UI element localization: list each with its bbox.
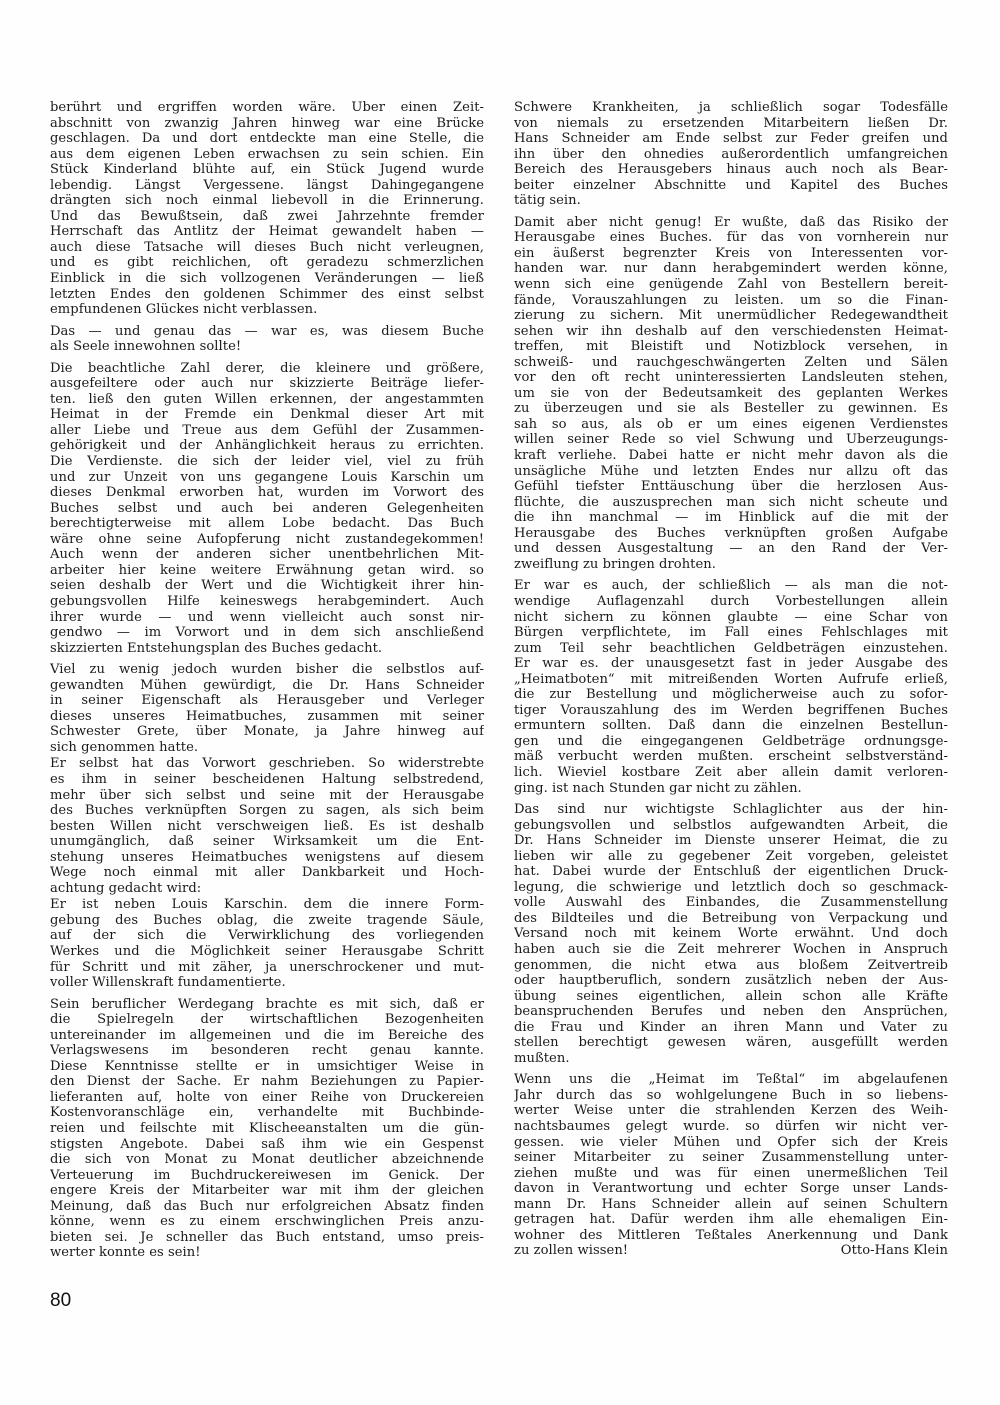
text-line: zierung zu sichern. Mit unermüdlicher Re… <box>514 308 948 324</box>
text-line: seien deshalb der Wert und die Wichtigke… <box>50 578 484 594</box>
text-line: Schwere Krankheiten, ja schließlich soga… <box>514 100 948 116</box>
text-line: lich. Wieviel kostbare Zeit aber allein … <box>514 765 948 781</box>
text-line: arbeiter hier keine weitere Erwähnung ge… <box>50 563 484 579</box>
text-line: vor den oft recht uninteressierten Lands… <box>514 370 948 386</box>
text-line: bieten sei. Je schneller das Buch entsta… <box>50 1230 484 1246</box>
text-line: voller Willenskraft fundamentierte. <box>50 975 484 991</box>
text-line: untereinander im allgemeinen und die im … <box>50 1028 484 1044</box>
text-line: sah so aus, als ob er um eines eigenen V… <box>514 417 948 433</box>
left-column: berührt und ergriffen worden wäre. Über … <box>50 100 484 1267</box>
text-line: sich genommen hatte. <box>50 740 484 756</box>
text-line: ein äußerst begrenzter Kreis von Interes… <box>514 246 948 262</box>
text-line: die Frau und Kinder an ihren Mann und Va… <box>514 1020 948 1036</box>
text-line: Sein beruflicher Werdegang brachte es mi… <box>50 997 484 1013</box>
text-line: Jahr durch das so wohlgelungene Buch in … <box>514 1088 948 1104</box>
text-line: Meinung, daß das Buch nur erfolgreichen … <box>50 1199 484 1215</box>
text-line: zum Teil sehr beachtlichen Geldbeträgen … <box>514 641 948 657</box>
text-line: abschnitt von zwanzig Jahren hinweg war … <box>50 116 484 132</box>
text-line: Gefühl tiefster Enttäuschung über die he… <box>514 479 948 495</box>
text-line: und dessen Ausgestaltung — an den Rand d… <box>514 541 948 557</box>
text-line: gendwo — im Vorwort und in dem sich ansc… <box>50 625 484 641</box>
text-line: beanspruchenden Berufes und neben den An… <box>514 1004 948 1020</box>
text-line: „Heimatboten“ mit mitreißenden Worten Au… <box>514 672 948 688</box>
text-line: zweiflung zu bringen drohten. <box>514 557 948 573</box>
paragraph: Wenn uns die „Heimat im Teßtal“ im abgel… <box>514 1072 948 1259</box>
text-line: die sich von Monat zu Monat deutlicher a… <box>50 1152 484 1168</box>
text-line: nachtsbaumes gelegt wurde. so dürfen wir… <box>514 1119 948 1135</box>
text-line: Herausgabe des Buches verknüpften großen… <box>514 526 948 542</box>
text-line: um sie von der Bedeutsamkeit des geplant… <box>514 386 948 402</box>
text-line: Er ist neben Louis Karschin. dem die inn… <box>50 897 484 913</box>
text-line: Buches selbst und auch bei anderen Geleg… <box>50 501 484 517</box>
text-line: ermuntern sollten. Daß dann die einzelne… <box>514 718 948 734</box>
text-line: beiter einzelner Abschnitte und Kapitel … <box>514 178 948 194</box>
closing-text: zu zollen wissen! <box>514 1243 628 1259</box>
text-line: nicht sichern zu können glaubte — eine S… <box>514 610 948 626</box>
text-line: geschlagen. Da und dort entdeckte man ei… <box>50 131 484 147</box>
text-line: engere Kreis der Mitarbeiter war mit ihm… <box>50 1183 484 1199</box>
text-line: kraft verliehe. Dabei hatte er nicht meh… <box>514 448 948 464</box>
text-line: in seiner Eigenschaft als Herausgeber un… <box>50 693 484 709</box>
text-line: treffen, mit Bleistift und Notizblock ve… <box>514 339 948 355</box>
text-line: übung seines eigentlichen, allein schon … <box>514 989 948 1005</box>
text-line: Die beachtliche Zahl derer, die kleinere… <box>50 361 484 377</box>
text-line: Herrschaft das Antlitz der Heimat gewand… <box>50 224 484 240</box>
text-line: aus dem eigenen Leben erwachsen zu sein … <box>50 147 484 163</box>
text-line: mußten. <box>514 1051 948 1067</box>
text-line: reien und feilschte mit Klischeeanstalte… <box>50 1121 484 1137</box>
text-line: wohner des Mittleren Teßtales Anerkennun… <box>514 1228 948 1244</box>
text-line: lieferanten auf, holte von einer Reihe v… <box>50 1090 484 1106</box>
text-line: und es gibt reichlichen, oft geradezu sc… <box>50 255 484 271</box>
text-line: Verteuerung im Buchdruckereiwesen im Gen… <box>50 1168 484 1184</box>
text-line: gebungsvollen und selbstlos aufgewandten… <box>514 818 948 834</box>
text-line: des Buches verknüpften Sorgen zu sagen, … <box>50 803 484 819</box>
text-line: als Seele innewohnen sollte! <box>50 339 484 355</box>
text-line: Hans Schneider am Ende selbst zur Feder … <box>514 131 948 147</box>
text-line: Auch wenn der anderen sicher unentbehrli… <box>50 547 484 563</box>
text-line: sehen wir ihn deshalb auf den verschiede… <box>514 324 948 340</box>
text-line: tiger Vorauszahlung des im Werden begrif… <box>514 703 948 719</box>
paragraph: Viel zu wenig jedoch wurden bisher die s… <box>50 662 484 755</box>
text-line: lieben wir alle zu gegebener Zeit vorgeb… <box>514 849 948 865</box>
text-line: legung, die schwierige und letztlich doc… <box>514 880 948 896</box>
text-line: gewandten Mühen gewürdigt, die Dr. Hans … <box>50 678 484 694</box>
text-line: dieses unseres Heimatbuches, zusammen mi… <box>50 709 484 725</box>
right-column: Schwere Krankheiten, ja schließlich soga… <box>514 100 948 1265</box>
text-line: empfundenen Glückes nicht verblassen. <box>50 302 484 318</box>
text-line: oder hauptberuflich, sondern zusätzlich … <box>514 973 948 989</box>
text-line: Wenn uns die „Heimat im Teßtal“ im abgel… <box>514 1072 948 1088</box>
text-line: wäre ohne seine Aufopferung nicht zustan… <box>50 532 484 548</box>
text-line: die zur Bestellung und möglicherweise au… <box>514 687 948 703</box>
text-line: fände, Vorauszahlungen zu leisten. um so… <box>514 293 948 309</box>
text-line: Er selbst hat das Vorwort geschrieben. S… <box>50 756 484 772</box>
text-line: ten. ließ den guten Willen erkennen, der… <box>50 392 484 408</box>
text-line: werter Weise unter die strahlenden Kerze… <box>514 1103 948 1119</box>
text-line: unsägliche Mühe und letzten Endes nur al… <box>514 464 948 480</box>
paragraph: Das sind nur wichtigste Schlaglichter au… <box>514 802 948 1066</box>
text-line: mehr über sich selbst und seine mit der … <box>50 788 484 804</box>
text-line: schweiß- und rauchgeschwängerten Zelten … <box>514 355 948 371</box>
text-line: für Schritt und mit zäher, ja unerschroc… <box>50 960 484 976</box>
text-line: tätig sein. <box>514 193 948 209</box>
text-line: genommen, die nicht etwa aus bloßem Zeit… <box>514 958 948 974</box>
text-line: gebung des Buches oblag, die zweite trag… <box>50 913 484 929</box>
text-line: wenn sich eine genügende Zahl von Bestel… <box>514 277 948 293</box>
text-line: von niemals zu ersetzenden Mitarbeitern … <box>514 116 948 132</box>
text-line: drängten sich noch einmal liebevoll in d… <box>50 193 484 209</box>
paragraph: Damit aber nicht genug! Er wußte, daß da… <box>514 215 948 573</box>
text-line: Und das Bewußtsein, daß zwei Jahrzehnte … <box>50 209 484 225</box>
text-line: gessen. wie vieler Mühen und Opfer sich … <box>514 1135 948 1151</box>
text-line: dieses Denkmal erworben hat, wurden im V… <box>50 485 484 501</box>
text-line: Dr. Hans Schneider im Dienste unserer He… <box>514 833 948 849</box>
text-line: Verlagswesens im besonderen recht genau … <box>50 1043 484 1059</box>
paragraph: Schwere Krankheiten, ja schließlich soga… <box>514 100 948 209</box>
text-line: gehörigkeit und der Anhänglichkeit herau… <box>50 438 484 454</box>
paragraph: Er war es auch, der schließlich — als ma… <box>514 578 948 796</box>
text-line: haben auch sie die Zeit mehrerer Wochen … <box>514 942 948 958</box>
text-line: Kostenvoranschläge ein, verhandelte mit … <box>50 1105 484 1121</box>
text-line: hat. Dabei wurde der Entschluß der eigen… <box>514 864 948 880</box>
text-line: davon in Verantwortung und echter Sorge … <box>514 1181 948 1197</box>
closing-row: zu zollen wissen!Otto-Hans Klein <box>514 1243 948 1259</box>
text-line: ziehen mußte und was für einen unermeßli… <box>514 1166 948 1182</box>
text-line: Heimat in der Fremde ein Denkmal dieser … <box>50 407 484 423</box>
text-line: mann Dr. Hans Schneider allein auf seine… <box>514 1197 948 1213</box>
text-line: achtung gedacht wird: <box>50 881 484 897</box>
text-line: stehung unseres Heimatbuches wenigstens … <box>50 850 484 866</box>
text-line: gen und die eingegangenen Geldbeträge or… <box>514 734 948 750</box>
text-line: Das sind nur wichtigste Schlaglichter au… <box>514 802 948 818</box>
text-line: zu überzeugen und sie als Besteller zu g… <box>514 401 948 417</box>
text-line: volle Auswahl des Einbandes, die Zusamme… <box>514 895 948 911</box>
text-line: aller Liebe und Treue aus dem Gefühl der… <box>50 423 484 439</box>
text-line: lebendig. Längst Vergessene. längst Dahi… <box>50 178 484 194</box>
text-line: mäß verbucht werden mußten. erscheint se… <box>514 749 948 765</box>
paragraph: Sein beruflicher Werdegang brachte es mi… <box>50 997 484 1261</box>
text-line: ging. ist nach Stunden gar nicht zu zähl… <box>514 781 948 797</box>
text-line: stellen berechtigt gewesen wären, ausgef… <box>514 1035 948 1051</box>
text-line: des Bildteiles und die Betreibung von Ve… <box>514 911 948 927</box>
text-line: besten Willen nicht verschweigen ließ. E… <box>50 819 484 835</box>
paragraph: berührt und ergriffen worden wäre. Über … <box>50 100 484 318</box>
page-number: 80 <box>50 1290 71 1312</box>
text-line: berechtigterweise mit allem Lobe bedacht… <box>50 516 484 532</box>
text-line: Einblick in die sich vollzogenen Verände… <box>50 271 484 287</box>
text-line: den Dienst der Sache. Er nahm Beziehunge… <box>50 1074 484 1090</box>
text-line: auf der sich die Verwirklichung des vorl… <box>50 928 484 944</box>
text-line: Die Verdienste. die sich der leider viel… <box>50 454 484 470</box>
text-line: Bürgen verpflichtete, im Fall eines Fehl… <box>514 625 948 641</box>
text-line: wendige Auflagenzahl durch Vorbestellung… <box>514 594 948 610</box>
text-line: Er war es. der unausgesetzt fast in jede… <box>514 656 948 672</box>
text-line: die Spielregeln der wirtschaftlichen Bez… <box>50 1012 484 1028</box>
text-line: flüchte, die auszusprechen man sich nich… <box>514 495 948 511</box>
text-line: werter konnte es sein! <box>50 1245 484 1261</box>
text-line: unumgänglich, daß seiner Wirksamkeit um … <box>50 834 484 850</box>
text-line: Schwester Grete, über Monate, ja Jahre h… <box>50 724 484 740</box>
text-line: Werkes und die Möglichkeit seiner Heraus… <box>50 944 484 960</box>
text-line: Das — und genau das — war es, was diesem… <box>50 324 484 340</box>
paragraph: Die beachtliche Zahl derer, die kleinere… <box>50 361 484 656</box>
text-line: gebungsvollen Hilfe keineswegs herabgemi… <box>50 594 484 610</box>
text-line: Herausgabe eines Buches. für das von vor… <box>514 230 948 246</box>
text-line: Bereich des Herausgebers hinaus auch noc… <box>514 162 948 178</box>
text-line: Er war es auch, der schließlich — als ma… <box>514 578 948 594</box>
text-line: letzten Endes den goldenen Schimmer des … <box>50 287 484 303</box>
paragraph: Er selbst hat das Vorwort geschrieben. S… <box>50 756 484 896</box>
text-line: Wege noch einmal mit aller Dankbarkeit u… <box>50 865 484 881</box>
text-line: könne, wenn es zu einem erschwinglichen … <box>50 1214 484 1230</box>
text-line: Versand noch mit keinem Worte erwähnt. U… <box>514 926 948 942</box>
text-line: handen war. nur dann herabgemindert werd… <box>514 261 948 277</box>
paragraph: Das — und genau das — war es, was diesem… <box>50 324 484 355</box>
text-line: und zur Unzeit von uns gegangene Louis K… <box>50 470 484 486</box>
document-page: berührt und ergriffen worden wäre. Über … <box>0 0 1000 1405</box>
text-line: stigsten Angebote. Dabei saß ihm wie ein… <box>50 1137 484 1153</box>
paragraph: Er ist neben Louis Karschin. dem die inn… <box>50 897 484 990</box>
text-line: auch diese Tatsache will dieses Buch nic… <box>50 240 484 256</box>
text-line: ihn über den ohnedies außerordentlich um… <box>514 147 948 163</box>
text-line: seiner Mitarbeiter zu seiner Zusammenste… <box>514 1150 948 1166</box>
text-line: ihrer wurde — und wenn vielleicht auch s… <box>50 610 484 626</box>
author-signature: Otto-Hans Klein <box>841 1243 948 1259</box>
text-line: Viel zu wenig jedoch wurden bisher die s… <box>50 662 484 678</box>
text-line: Diese Kenntnisse stellte er in umsichtig… <box>50 1059 484 1075</box>
text-line: Damit aber nicht genug! Er wußte, daß da… <box>514 215 948 231</box>
text-line: ausgefeiltere oder auch nur skizzierte B… <box>50 376 484 392</box>
text-line: berührt und ergriffen worden wäre. Über … <box>50 100 484 116</box>
text-line: die ihn manchmal — im Hinblick auf die m… <box>514 510 948 526</box>
text-line: getragen hat. Dafür werden ihm alle ehem… <box>514 1212 948 1228</box>
text-line: willen seiner Rede so viel Schwung und Ü… <box>514 432 948 448</box>
text-line: Stück Kinderland blühte auf, ein Stück J… <box>50 162 484 178</box>
text-line: skizzierten Entstehungsplan des Buches g… <box>50 641 484 657</box>
text-line: es ihm in seiner bescheidenen Haltung se… <box>50 772 484 788</box>
